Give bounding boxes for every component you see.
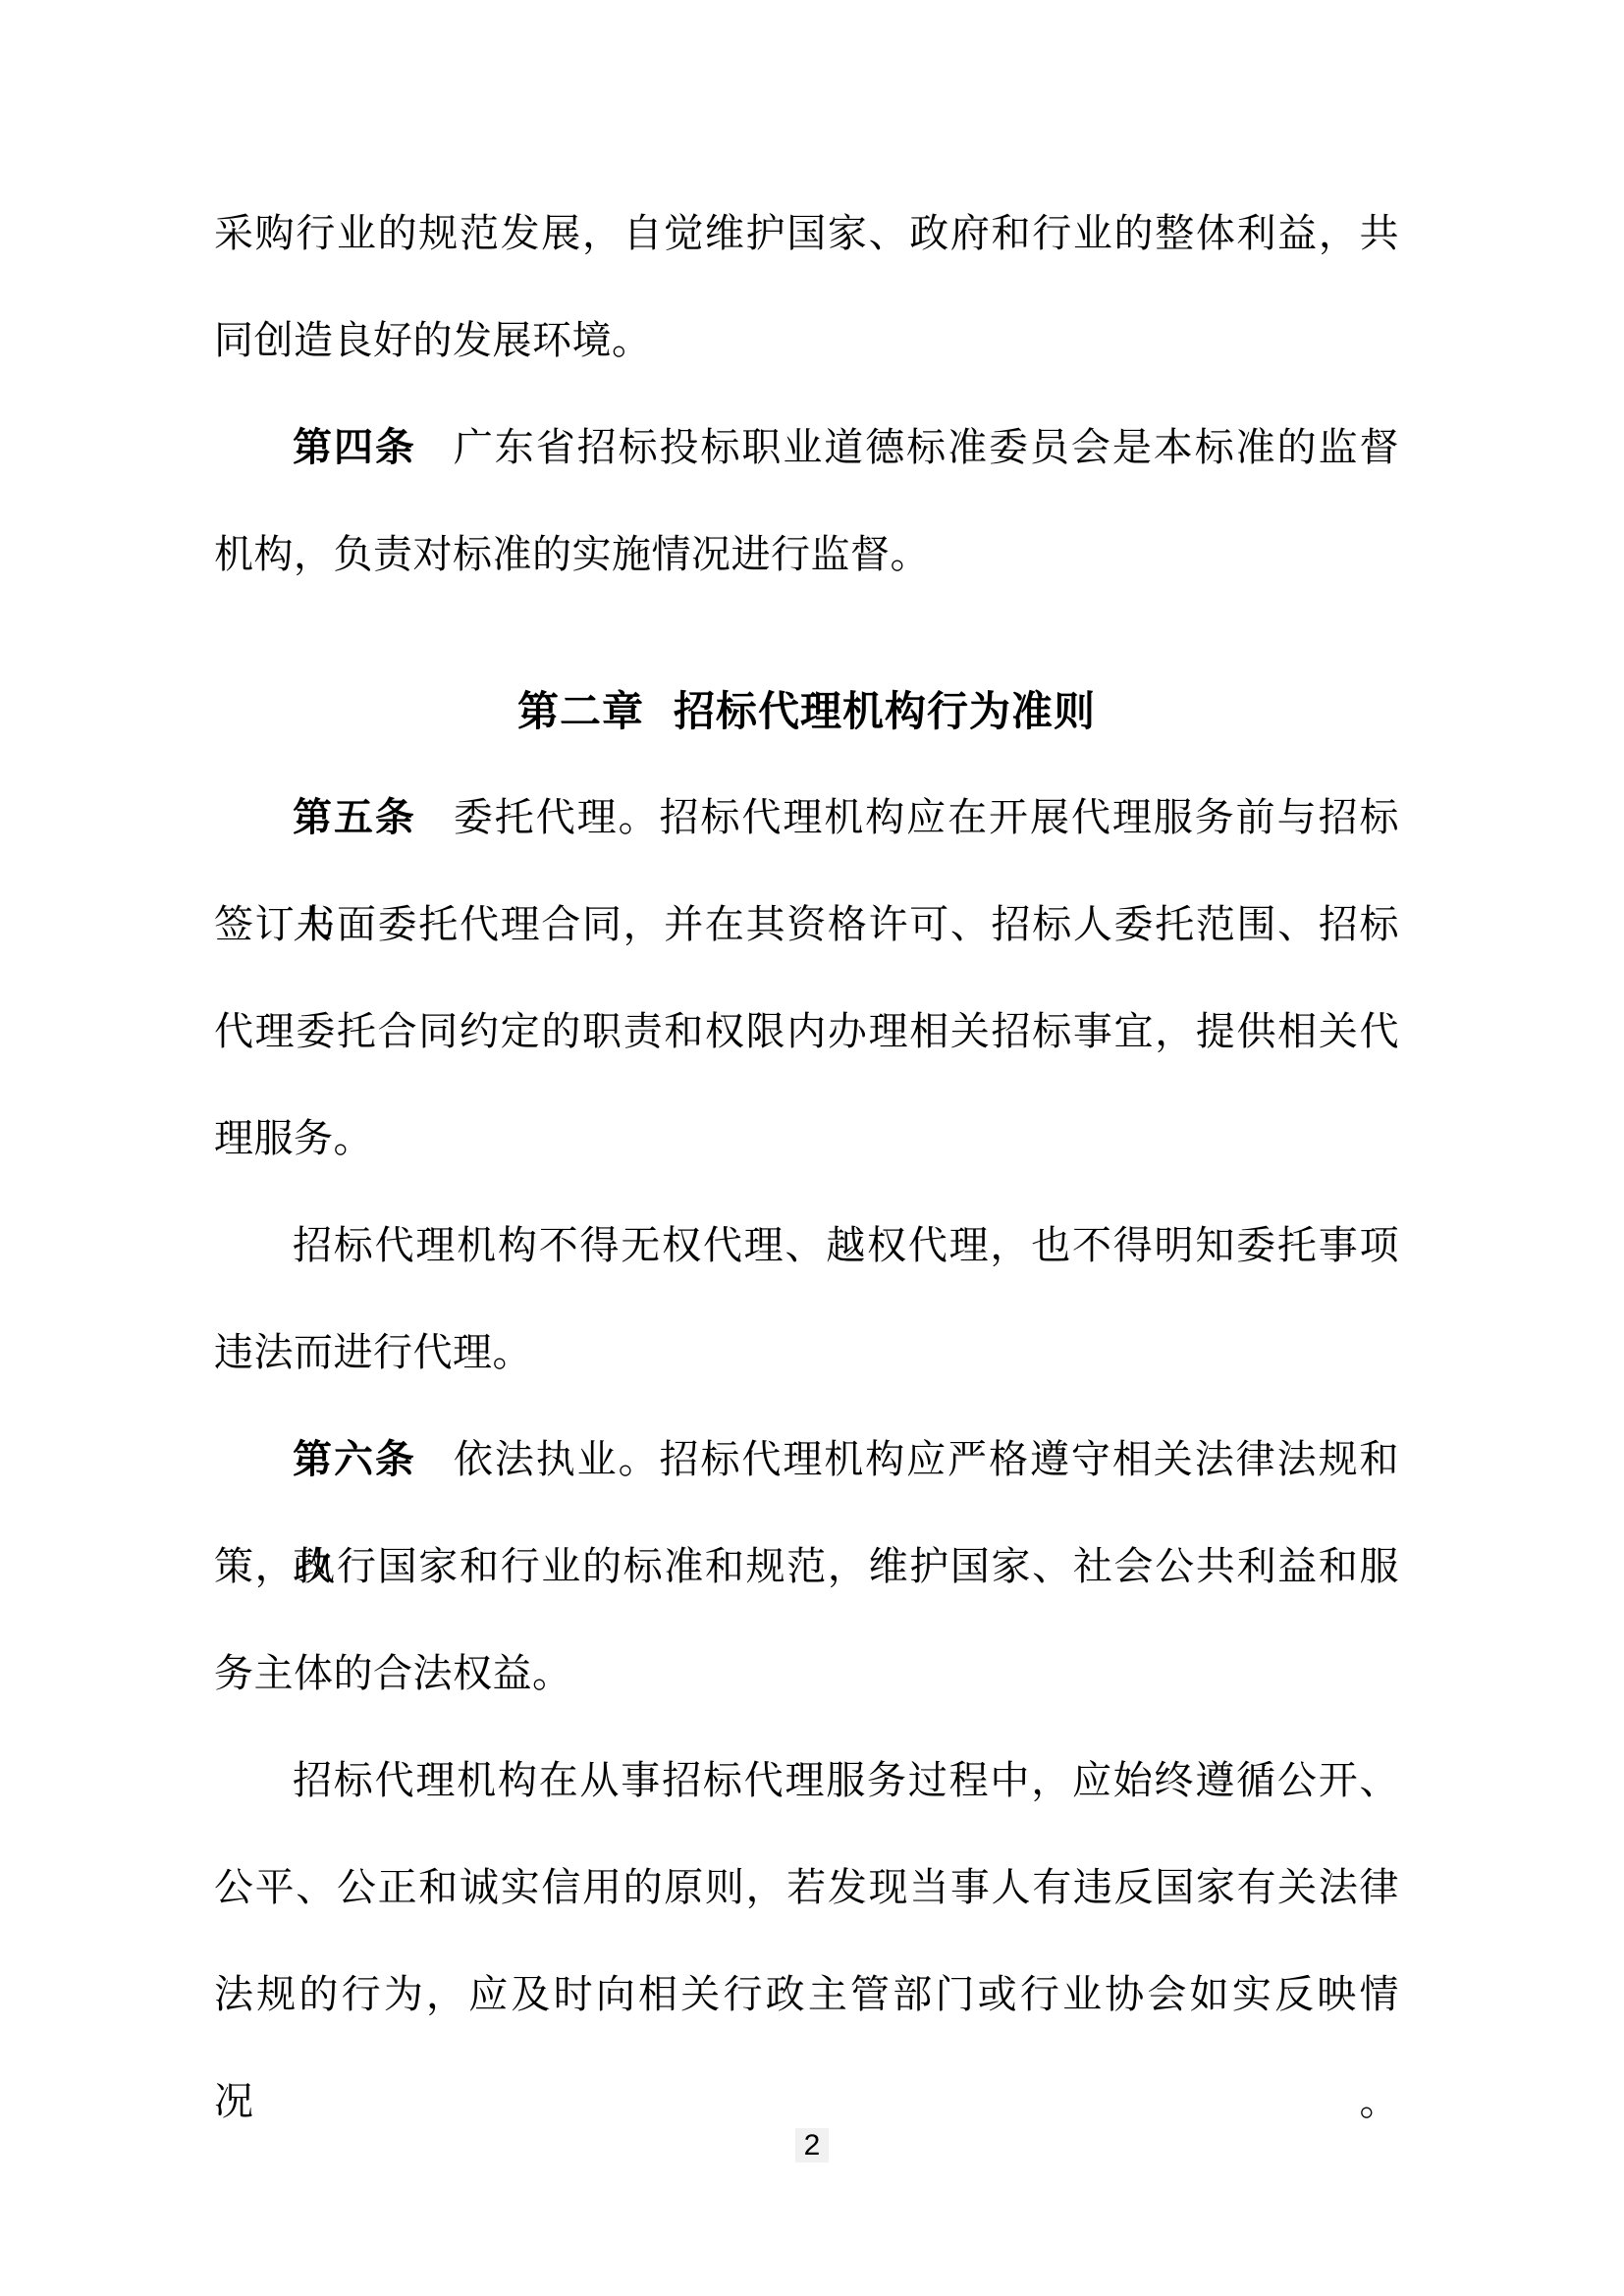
paragraph-text: 签订书面委托代理合同，并在其资格许可、招标人委托范围、招标 bbox=[214, 903, 1399, 946]
paragraph-line: 代理委托合同约定的职责和权限内办理相关招标事宜，提供相关代 bbox=[214, 979, 1399, 1086]
paragraph-line: 务主体的合法权益。 bbox=[214, 1621, 1399, 1728]
document-body: 采购行业的规范发展，自觉维护国家、政府和行业的整体利益，共 同创造良好的发展环境… bbox=[214, 181, 1399, 2049]
paragraph-line: 同创造良好的发展环境。 bbox=[214, 288, 1399, 395]
chapter-title: 招标代理机构行为准则 bbox=[674, 688, 1096, 734]
paragraph-text: 务主体的合法权益。 bbox=[214, 1652, 572, 1695]
document-page: 采购行业的规范发展，自觉维护国家、政府和行业的整体利益，共 同创造良好的发展环境… bbox=[0, 0, 1624, 2296]
paragraph-text: 招标代理机构不得无权代理、越权代理，也不得明知委托事项 bbox=[293, 1224, 1399, 1267]
page-footer: 2 bbox=[0, 2120, 1624, 2171]
paragraph-line: 法规的行为，应及时向相关行政主管部门或行业协会如实反映情况。 bbox=[214, 1942, 1399, 2049]
paragraph-text: 同创造良好的发展环境。 bbox=[214, 319, 652, 362]
paragraph-text: 广东省招标投标职业道德标准委员会是本标准的监督 bbox=[454, 426, 1399, 469]
article-number-label: 第六条 bbox=[293, 1438, 416, 1481]
paragraph-text: 代理委托合同约定的职责和权限内办理相关招标事宜，提供相关代 bbox=[214, 1010, 1399, 1053]
paragraph-line: 采购行业的规范发展，自觉维护国家、政府和行业的整体利益，共 bbox=[214, 181, 1399, 288]
paragraph-line: 招标代理机构在从事招标代理服务过程中，应始终遵循公开、 bbox=[214, 1728, 1399, 1835]
paragraph-text: 违法而进行代理。 bbox=[214, 1331, 532, 1374]
paragraph-text: 机构，负责对标准的实施情况进行监督。 bbox=[214, 533, 930, 576]
paragraph-text: 招标代理机构在从事招标代理服务过程中，应始终遵循公开、 bbox=[293, 1759, 1399, 1802]
paragraph-line: 第四条广东省招标投标职业道德标准委员会是本标准的监督 bbox=[214, 395, 1399, 502]
paragraph-text: 公平、公正和诚实信用的原则，若发现当事人有违反国家有关法律 bbox=[214, 1866, 1399, 1909]
paragraph-line: 签订书面委托代理合同，并在其资格许可、招标人委托范围、招标 bbox=[214, 872, 1399, 979]
paragraph-line: 招标代理机构不得无权代理、越权代理，也不得明知委托事项 bbox=[214, 1193, 1399, 1300]
chapter-heading: 第二章招标代理机构行为准则 bbox=[214, 658, 1399, 765]
paragraph-line: 机构，负责对标准的实施情况进行监督。 bbox=[214, 502, 1399, 609]
paragraph-line: 公平、公正和诚实信用的原则，若发现当事人有违反国家有关法律 bbox=[214, 1835, 1399, 1942]
article-number-label: 第四条 bbox=[293, 426, 416, 469]
paragraph-line: 理服务。 bbox=[214, 1086, 1399, 1193]
paragraph-line: 违法而进行代理。 bbox=[214, 1300, 1399, 1407]
paragraph-line: 第五条委托代理。招标代理机构应在开展代理服务前与招标人 bbox=[214, 765, 1399, 872]
paragraph-line: 策，执行国家和行业的标准和规范，维护国家、社会公共利益和服 bbox=[214, 1514, 1399, 1621]
paragraph-text: 理服务。 bbox=[214, 1117, 373, 1160]
article-number-label: 第五条 bbox=[293, 796, 416, 839]
page-number: 2 bbox=[795, 2128, 830, 2163]
paragraph-text: 采购行业的规范发展，自觉维护国家、政府和行业的整体利益，共 bbox=[214, 212, 1399, 255]
paragraph-text: 策，执行国家和行业的标准和规范，维护国家、社会公共利益和服 bbox=[214, 1545, 1399, 1588]
chapter-number: 第二章 bbox=[517, 688, 644, 734]
paragraph-text: 法规的行为，应及时向相关行政主管部门或行业协会如实反映情况。 bbox=[214, 1973, 1399, 2123]
paragraph-line: 第六条依法执业。招标代理机构应严格遵守相关法律法规和政 bbox=[214, 1407, 1399, 1514]
